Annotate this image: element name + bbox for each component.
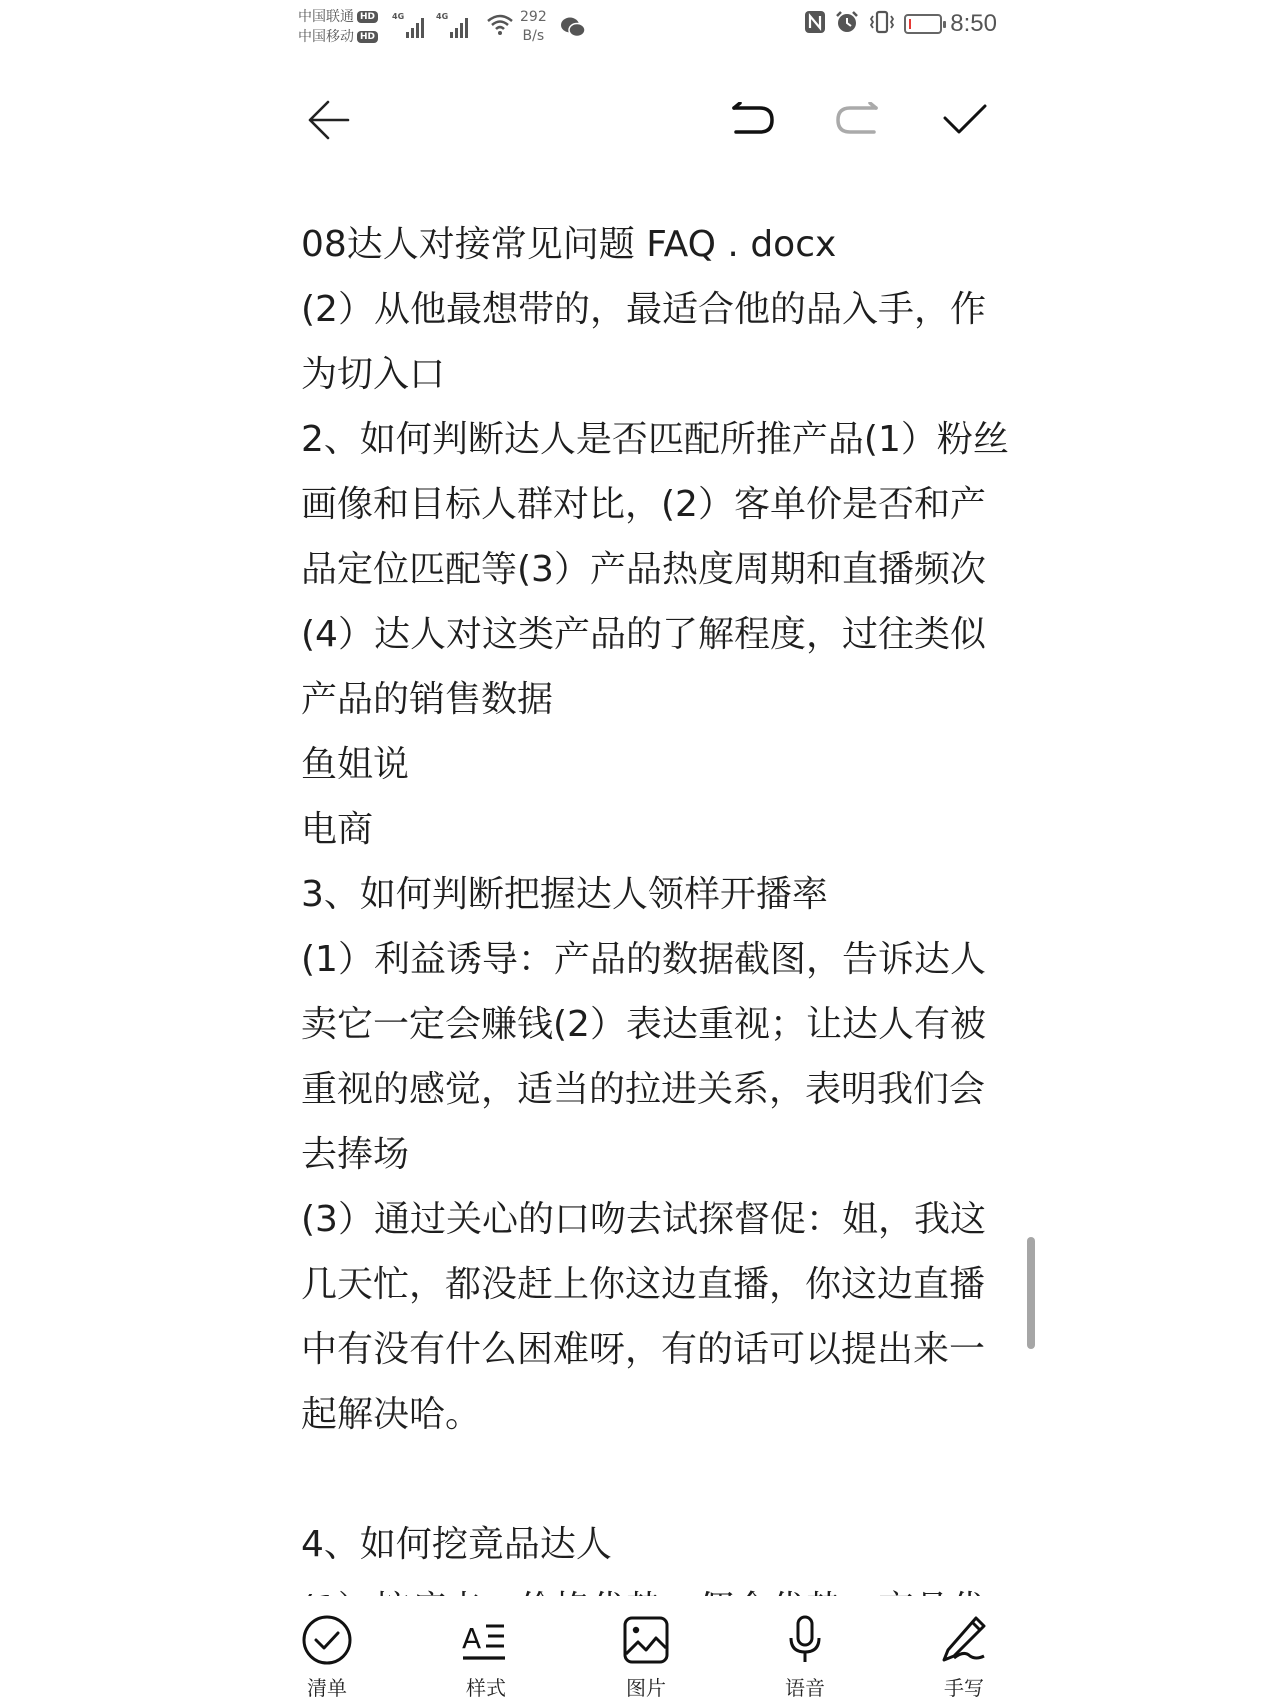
paragraph-line: 去捧场: [301, 1122, 1001, 1187]
paragraph-line: 品定位匹配等(3）产品热度周期和直播频次: [301, 537, 1001, 602]
handwriting-button[interactable]: 手写: [914, 1614, 1014, 1701]
section-heading: 4、如何挖竟品达人: [301, 1512, 1001, 1577]
microphone-icon: [779, 1614, 831, 1666]
document-viewport: 08达人对接常见问题 FAQ . docx (2）从他最想带的，最适合他的品入手…: [0, 0, 1280, 1596]
paragraph-line: 重视的感觉，适当的拉进关系，表明我们会: [301, 1057, 1001, 1122]
vertical-scrollbar[interactable]: [1027, 1237, 1035, 1349]
document-content[interactable]: 08达人对接常见问题 FAQ . docx (2）从他最想带的，最适合他的品入手…: [301, 212, 1001, 1596]
svg-text:A: A: [462, 1622, 481, 1655]
bottom-toolbar: 清单 A 样式 图片 语音 手写: [0, 1596, 1280, 1706]
paragraph-line: 电商: [301, 797, 1001, 862]
paragraph-line: 为切入口: [301, 342, 1001, 407]
style-button[interactable]: A 样式: [436, 1614, 536, 1701]
paragraph-line: 几天忙，都没赶上你这边直播，你这边直播: [301, 1252, 1001, 1317]
section-heading: 2、如何判断达人是否匹配所推产品(1）粉丝: [301, 407, 1001, 472]
paragraph-line: 起解决哈。: [301, 1382, 1001, 1447]
blank-line: [301, 1447, 1001, 1512]
paragraph-line: (2）从他最想带的，最适合他的品入手，作: [301, 277, 1001, 342]
voice-button[interactable]: 语音: [755, 1614, 855, 1701]
text-style-icon: A: [460, 1614, 512, 1666]
section-heading: 3、如何判断把握达人领样开播率: [301, 862, 1001, 927]
image-icon: [620, 1614, 672, 1666]
checklist-icon: [301, 1614, 353, 1666]
paragraph-line: 中有没有什么困难呀，有的话可以提出来一: [301, 1317, 1001, 1382]
image-button[interactable]: 图片: [596, 1614, 696, 1701]
checklist-button[interactable]: 清单: [277, 1614, 377, 1701]
paragraph-line: 产品的销售数据: [301, 667, 1001, 732]
paragraph-line: (1）挖痛点：价格优势，佣金优势，产品优: [301, 1577, 1001, 1596]
paragraph-line: 卖它一定会赚钱(2）表达重视；让达人有被: [301, 992, 1001, 1057]
document-title: 08达人对接常见问题 FAQ . docx: [301, 212, 1001, 277]
paragraph-line: (1）利益诱导：产品的数据截图，告诉达人: [301, 927, 1001, 992]
paragraph-line: 画像和目标人群对比，(2）客单价是否和产: [301, 472, 1001, 537]
paragraph-line: (4）达人对这类产品的了解程度，过往类似: [301, 602, 1001, 667]
paragraph-line: 鱼姐说: [301, 732, 1001, 797]
paragraph-line: (3）通过关心的口吻去试探督促：姐，我这: [301, 1187, 1001, 1252]
handwriting-pen-icon: [938, 1614, 990, 1666]
